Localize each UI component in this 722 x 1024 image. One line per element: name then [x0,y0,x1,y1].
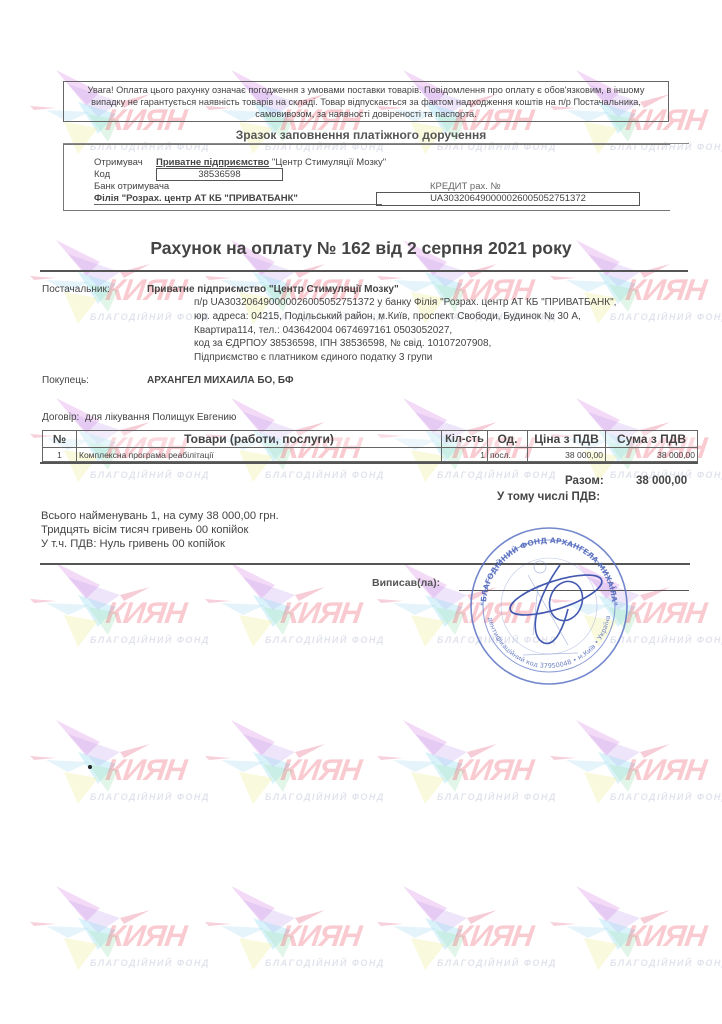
cell-number: 1 [43,448,77,462]
contract-label: Договір: [42,412,79,423]
svg-text:ідентифікаційний код 37950048: ідентифікаційний код 37950048 • м.Київ •… [468,525,612,670]
vat-label: У тому числі ПДВ: [497,491,600,503]
items-table: № Товари (работи, послуги) Кіл-сть Од. Ц… [42,430,698,462]
payment-sample-title: Зразок заповнення платіжного доручення [0,128,722,142]
ink-dot [88,765,92,769]
column-header-items: Товари (работи, послуги) [77,431,442,448]
supplier-detail-line: Квартира114, тел.: 043642004 0674697161 … [194,324,616,338]
supplier-detail-line: Підприємство є платником єдиного податку… [194,351,616,365]
issued-by-label: Виписав(ла): [372,577,440,589]
recipient-label: Отримувач [94,157,143,168]
supplier-details: п/р UA303206490000026005052751372 у банк… [194,296,616,365]
supplier-detail-line: п/р UA303206490000026005052751372 у банк… [194,296,616,310]
title-underline [40,270,688,272]
bank-value: Філія "Розрах. центр АТ КБ "ПРИВАТБАНК" [94,193,382,205]
supplier-label: Постачальник: [42,284,110,295]
column-header-sum: Сума з ПДВ [606,431,698,448]
svg-text:"БЛАГОДІЙНИЙ ФОНД АРХАНГЕЛА МИ: "БЛАГОДІЙНИЙ ФОНД АРХАНГЕЛА МИХАЇЛА" [479,536,619,606]
notice-line: самовивозом, за наявності довіреності та… [64,108,668,120]
summary-line: У т.ч. ПДВ: Нуль гривень 00 копійок [41,537,279,551]
cell-quantity: 1 [442,448,488,462]
notice-line: випадку не гарантується наявність товарі… [64,96,668,108]
total-label: Разом: [565,475,604,487]
cell-sum: 38 000,00 [606,448,698,462]
supplier-name: Приватне підприємство "Центр Стимуляції … [147,284,399,295]
table-header-row: № Товари (работи, послуги) Кіл-сть Од. Ц… [43,431,698,448]
supplier-detail-line: код за ЄДРПОУ 38536598, ІПН 38536598, № … [194,337,616,351]
cell-unit: посл. [488,448,528,462]
code-field: 38536598 [156,168,283,181]
organization-stamp: "БЛАГОДІЙНИЙ ФОНД АРХАНГЕЛА МИХАЇЛА" іде… [468,525,630,687]
bank-label: Банк отримувача [94,181,169,192]
summary-line: Тридцять вісім тисяч гривень 00 копійок [41,523,279,537]
notice-line: Увага! Оплата цього рахунку означає пого… [64,84,668,96]
code-label: Код [94,169,110,180]
credit-label: КРЕДИТ рах. № [430,181,501,192]
contract-value: для лікування Полищук Евгению [85,412,236,423]
payment-notice: Увага! Оплата цього рахунку означає пого… [63,81,669,122]
recipient-value: Приватне підприємство "Центр Стимуляції … [156,157,386,168]
invoice-document: Увага! Оплата цього рахунку означає пого… [0,0,722,1024]
buyer-label: Покупець: [42,375,89,386]
invoice-title: Рахунок на оплату № 162 від 2 серпня 202… [0,238,722,259]
summary-line: Всього найменувань 1, на суму 38 000,00 … [41,509,279,523]
table-row: 1 Комплексна програма реабілітації 1 пос… [43,448,698,462]
cell-price: 38 000,00 [528,448,606,462]
column-header-quantity: Кіл-сть [442,431,488,448]
total-value: 38 000,00 [636,475,687,487]
cell-item-name: Комплексна програма реабілітації [77,448,442,462]
supplier-detail-line: юр. адреса: 04215, Подільський район, м.… [194,310,616,324]
amount-summary: Всього найменувань 1, на суму 38 000,00 … [41,509,279,551]
column-header-price: Ціна з ПДВ [528,431,606,448]
payment-sample-box: Отримувач Приватне підприємство "Центр С… [63,144,670,211]
buyer-value: АРХАНГЕЛ МИХАИЛА БО, БФ [147,375,293,386]
table-bottom-rule [40,462,698,464]
column-header-number: № [43,431,77,448]
credit-account-field: UA303206490000026005052751372 [376,192,640,206]
column-header-unit: Од. [488,431,528,448]
